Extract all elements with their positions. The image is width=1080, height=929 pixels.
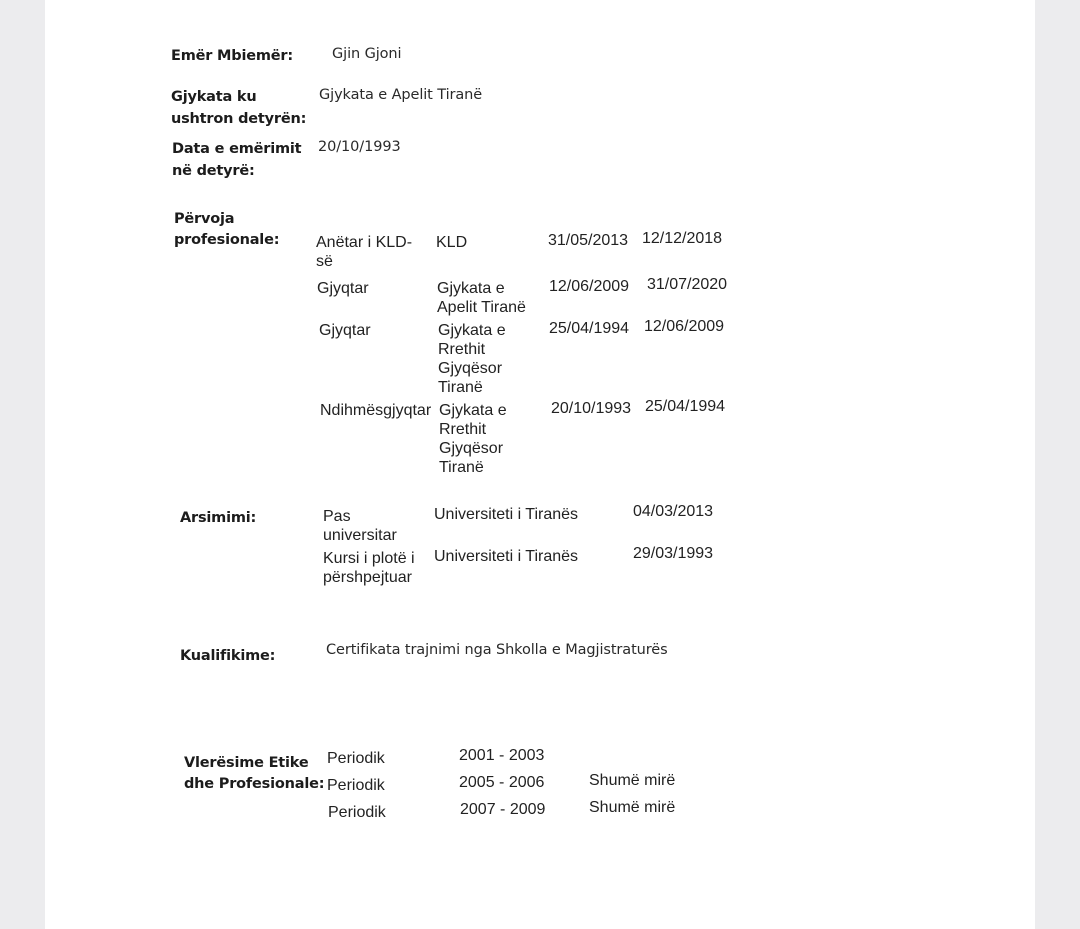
document-page: Emër Mbiemër: Gjin Gjoni Gjykata ku usht… — [45, 0, 1035, 929]
name-value: Gjin Gjoni — [332, 44, 401, 64]
experience-end-date: 12/06/2009 — [644, 317, 724, 336]
experience-institution: Gjykata eApelit Tiranë — [437, 279, 526, 317]
experience-end-date: 31/07/2020 — [647, 275, 727, 294]
experience-start-date: 25/04/1994 — [549, 319, 629, 338]
experience-institution: Gjykata eRrethitGjyqësorTiranë — [439, 401, 507, 477]
evaluation-grade: Shumë mirë — [589, 771, 675, 790]
experience-start-date: 12/06/2009 — [549, 277, 629, 296]
evaluation-period: 2007 - 2009 — [460, 800, 545, 819]
evaluation-type: Periodik — [327, 776, 385, 795]
evaluation-type: Periodik — [328, 803, 386, 822]
evaluations-label-line1: Vlerësime Etike — [184, 752, 309, 775]
evaluations-label-line2: dhe Profesionale: — [184, 773, 324, 796]
name-label: Emër Mbiemër: — [171, 45, 293, 68]
education-date: 04/03/2013 — [633, 502, 713, 521]
evaluation-period: 2001 - 2003 — [459, 746, 544, 765]
experience-label-line1: Përvoja — [174, 208, 234, 231]
education-level: Pasuniversitar — [323, 507, 397, 545]
evaluation-grade: Shumë mirë — [589, 798, 675, 817]
experience-end-date: 25/04/1994 — [645, 397, 725, 416]
education-institution: Universiteti i Tiranës — [434, 505, 578, 524]
qualifications-value: Certifikata trajnimi nga Shkolla e Magji… — [326, 640, 668, 660]
appointment-label-line2: në detyrë: — [172, 160, 255, 183]
experience-end-date: 12/12/2018 — [642, 229, 722, 248]
appointment-label-line1: Data e emërimit — [172, 138, 301, 161]
experience-position: Anëtar i KLD-së — [316, 233, 412, 271]
experience-position: Gjyqtar — [317, 279, 369, 298]
court-label-line2: ushtron detyrën: — [171, 108, 306, 131]
appointment-value: 20/10/1993 — [318, 137, 401, 157]
qualifications-label: Kualifikime: — [180, 645, 275, 668]
evaluation-period: 2005 - 2006 — [459, 773, 544, 792]
experience-position: Ndihmësgjyqtar — [320, 401, 431, 420]
experience-institution: Gjykata eRrethitGjyqësorTiranë — [438, 321, 506, 397]
education-institution: Universiteti i Tiranës — [434, 547, 578, 566]
education-date: 29/03/1993 — [633, 544, 713, 563]
education-label: Arsimimi: — [180, 507, 256, 530]
education-level: Kursi i plotë ipërshpejtuar — [323, 549, 415, 587]
court-label-line1: Gjykata ku — [171, 86, 256, 109]
experience-label-line2: profesionale: — [174, 229, 279, 252]
experience-start-date: 20/10/1993 — [551, 399, 631, 418]
evaluation-type: Periodik — [327, 749, 385, 768]
court-value: Gjykata e Apelit Tiranë — [319, 85, 482, 105]
experience-position: Gjyqtar — [319, 321, 371, 340]
experience-institution: KLD — [436, 233, 467, 252]
experience-start-date: 31/05/2013 — [548, 231, 628, 250]
